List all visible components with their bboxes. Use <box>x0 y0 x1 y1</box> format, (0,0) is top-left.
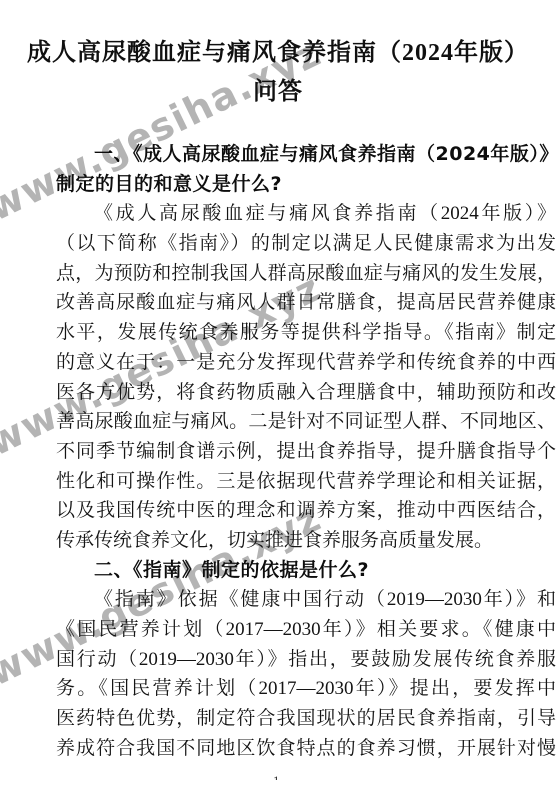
body-text-line: 不同季节编制食谱示例，提出食养指导，提升膳食指导个 <box>56 437 556 467</box>
body-text-line: 《指南》依据《健康中国行动（2019—2030年）》和 <box>56 585 556 615</box>
body-text-line: 性化和可操作性。三是依据现代营养学理论和相关证据， <box>56 467 556 497</box>
body-text-line: 点，为预防和控制我国人群高尿酸血症与痛风的发生发展， <box>56 259 556 289</box>
body-text-line: 务。《国民营养计划（2017—2030年）》提出，要发挥中 <box>56 674 556 704</box>
document-content: 成人高尿酸血症与痛风食养指南（2024年版） 问答 一、《成人高尿酸血症与痛风食… <box>0 0 556 763</box>
body-text-line: 改善高尿酸血症与痛风人群日常膳食，提高居民营养健康 <box>56 288 556 318</box>
body-text-line: 《成人高尿酸血症与痛风食养指南（2024年版）》 <box>56 199 556 229</box>
body-text-line: 以及我国传统中医的理念和调养方案，推动中西医结合， <box>56 496 556 526</box>
question-heading-line: 制定的目的和意义是什么? <box>56 170 556 200</box>
title-line-2: 问答 <box>20 73 536 112</box>
body-text-line: 善高尿酸血症与痛风。二是针对不同证型人群、不同地区、 <box>56 407 556 437</box>
question-heading-line: 一、《成人高尿酸血症与痛风食养指南（2024年版）》 <box>56 140 556 170</box>
document-page: www.gesiha.xyz www.gesiha.xyz www.gesiha… <box>0 0 556 793</box>
title-line-1: 成人高尿酸血症与痛风食养指南（2024年版） <box>20 34 536 73</box>
body-text-line: 的意义在于：一是充分发挥现代营养学和传统食养的中西 <box>56 348 556 378</box>
question-heading-line: 二、《指南》制定的依据是什么? <box>56 556 556 586</box>
body-text-line: 医药特色优势，制定符合我国现状的居民食养指南，引导 <box>56 704 556 734</box>
page-number: 1 <box>273 774 285 780</box>
body-text: 一、《成人高尿酸血症与痛风食养指南（2024年版）》制定的目的和意义是什么?《成… <box>0 140 556 763</box>
page-title: 成人高尿酸血症与痛风食养指南（2024年版） 问答 <box>0 0 556 112</box>
body-text-line: 水平，发展传统食养服务等提供科学指导。《指南》制定 <box>56 318 556 348</box>
body-text-line: 国行动（2019—2030年）》指出，要鼓励发展传统食养服 <box>56 645 556 675</box>
body-text-line: 养成符合我国不同地区饮食特点的食养习惯，开展针对慢 <box>56 734 556 764</box>
body-text-line: 《国民营养计划（2017—2030年）》相关要求。《健康中 <box>56 615 556 645</box>
body-text-line: 传承传统食养文化，切实推进食养服务高质量发展。 <box>56 526 556 556</box>
body-text-line: 医各方优势，将食药物质融入合理膳食中，辅助预防和改 <box>56 378 556 408</box>
body-text-line: （以下简称《指南》）的制定以满足人民健康需求为出发 <box>56 229 556 259</box>
